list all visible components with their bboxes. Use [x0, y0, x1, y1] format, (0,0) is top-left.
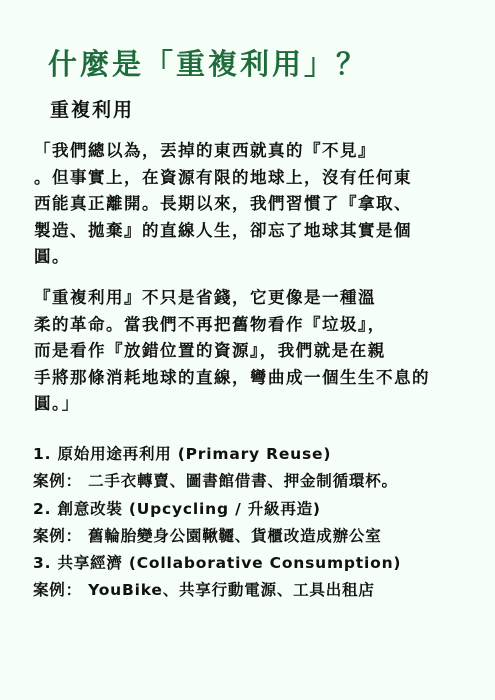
intro-paragraph: 「我們總以為，丟掉的東西就真的『不見』 。但事實上，在資源有限的地球上，沒有任何…: [34, 138, 454, 271]
list-item-example: 案例： 舊輪胎變身公園鞦韆、貨櫃改造成辦公室: [33, 523, 401, 550]
page-title: 什麼是「重複利用」？: [48, 44, 368, 84]
paragraph-line: 。但事實上，在資源有限的地球上，沒有任何東: [34, 165, 454, 192]
list-item-heading: 3. 共享經濟 (Collaborative Consumption): [33, 550, 401, 577]
paragraph-line: 「我們總以為，丟掉的東西就真的『不見』: [34, 138, 454, 165]
reuse-types-list: 1. 原始用途再利用 (Primary Reuse) 案例： 二手衣轉賣、圖書館…: [33, 441, 401, 605]
paragraph-line: 圓。: [34, 244, 454, 271]
paragraph-line: 製造、拋棄』的直線人生，卻忘了地球其實是個: [34, 218, 454, 245]
list-item-example: 案例： 二手衣轉賣、圖書館借書、押金制循環杯。: [33, 468, 401, 495]
paragraph-line: 柔的革命。當我們不再把舊物看作『垃圾』，: [34, 312, 454, 339]
list-item-example: 案例： YouBike、共享行動電源、工具出租店: [33, 577, 401, 604]
second-paragraph: 『重複利用』不只是省錢，它更像是一種溫 柔的革命。當我們不再把舊物看作『垃圾』，…: [34, 285, 454, 418]
paragraph-line: 圓。」: [34, 391, 454, 418]
paragraph-line: 手將那條消耗地球的直線，彎曲成一個生生不息的: [34, 365, 454, 392]
paragraph-line: 『重複利用』不只是省錢，它更像是一種溫: [34, 285, 454, 312]
paragraph-line: 西能真正離開。長期以來，我們習慣了『拿取、: [34, 191, 454, 218]
section-subtitle: 重複利用: [50, 96, 134, 124]
paragraph-line: 而是看作『放錯位置的資源』，我們就是在親: [34, 338, 454, 365]
list-item-heading: 2. 創意改裝 (Upcycling / 升級再造): [33, 496, 401, 523]
list-item-heading: 1. 原始用途再利用 (Primary Reuse): [33, 441, 401, 468]
